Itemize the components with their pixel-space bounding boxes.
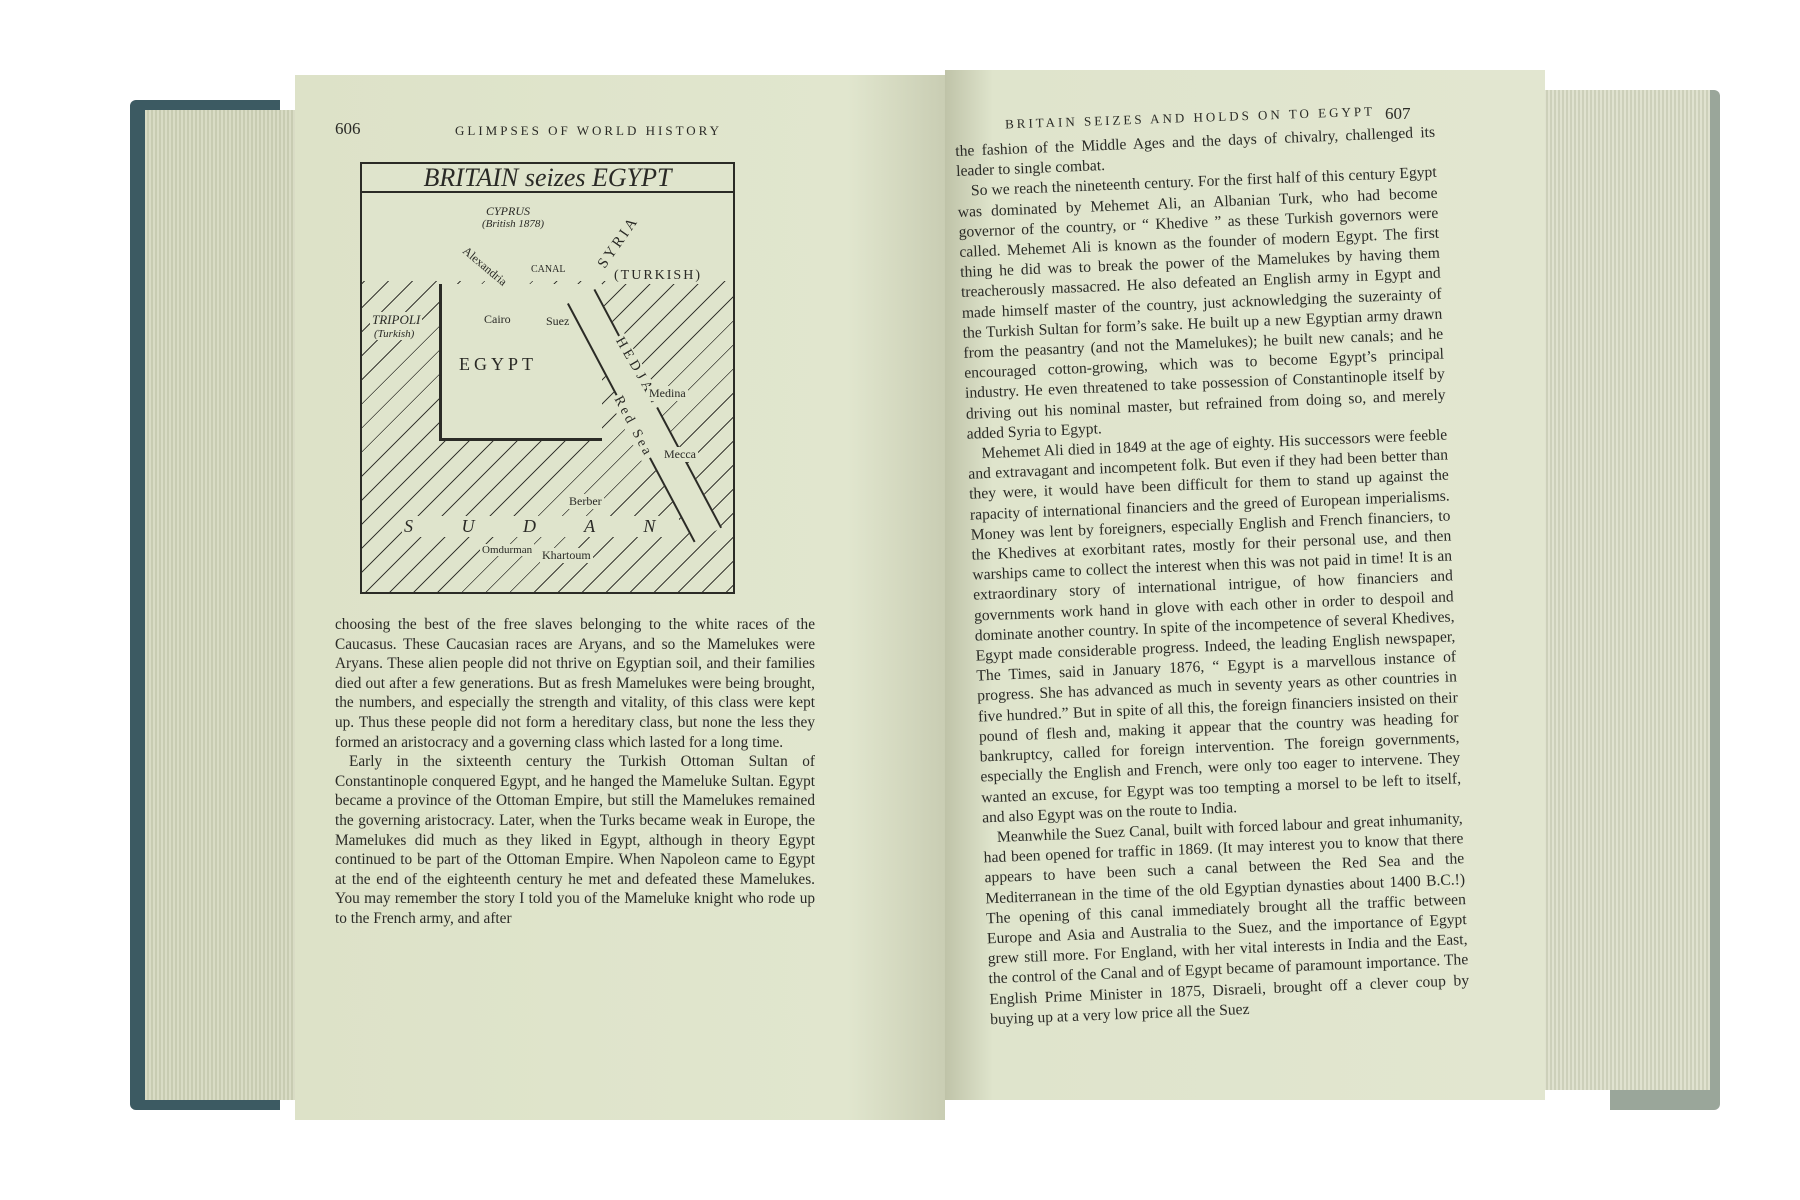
map-label-cairo: Cairo — [482, 312, 513, 327]
right-page-body: the fashion of the Middle Ages and the d… — [955, 123, 1470, 1030]
open-book: 606 GLIMPSES OF WORLD HISTORY BRITAIN se… — [130, 70, 1720, 1130]
map-label-cyprus: CYPRUS — [484, 204, 532, 219]
page-number: 606 — [335, 119, 361, 139]
page-number: 607 — [1385, 104, 1411, 124]
map-title: BRITAIN seizes EGYPT — [362, 164, 733, 193]
paragraph: Early in the sixteenth century the Turki… — [335, 752, 815, 928]
page-edges-left — [145, 110, 305, 1100]
map-label-turkish: (TURKISH) — [612, 268, 704, 284]
map-label-egypt: EGYPT — [457, 354, 539, 375]
paragraph: Meanwhile the Suez Canal, built with for… — [983, 809, 1471, 1030]
right-page: BRITAIN SEIZES AND HOLDS ON TO EGYPT 607… — [945, 70, 1545, 1100]
map-label-canal: CANAL — [529, 264, 567, 275]
running-head: GLIMPSES OF WORLD HISTORY — [455, 123, 722, 139]
map-label-tripoli-note: (Turkish) — [372, 328, 416, 340]
map-label-sudan: S U D A N — [402, 516, 679, 537]
map-label-tripoli: TRIPOLI — [370, 312, 422, 328]
paragraph: choosing the best of the free slaves bel… — [335, 615, 815, 752]
paragraph: So we reach the nineteenth century. For … — [957, 163, 1447, 445]
map-label-berber: Berber — [567, 494, 604, 509]
map-label-khartoum: Khartoum — [540, 548, 593, 563]
map-label-mecca: Mecca — [662, 447, 698, 462]
map-label-suez: Suez — [544, 314, 571, 329]
page-edges-right — [1540, 90, 1710, 1090]
paragraph: Mehemet Ali died in 1849 at the age of e… — [967, 426, 1462, 829]
map-britain-seizes-egypt: BRITAIN seizes EGYPT CYPRUS (British 187… — [360, 162, 735, 594]
map-label-cyprus-note: (British 1878) — [480, 218, 546, 230]
map-label-omdurman: Omdurman — [480, 544, 534, 556]
left-page: 606 GLIMPSES OF WORLD HISTORY BRITAIN se… — [295, 75, 945, 1120]
left-page-body: choosing the best of the free slaves bel… — [335, 615, 815, 929]
map-label-medina: Medina — [647, 386, 688, 401]
